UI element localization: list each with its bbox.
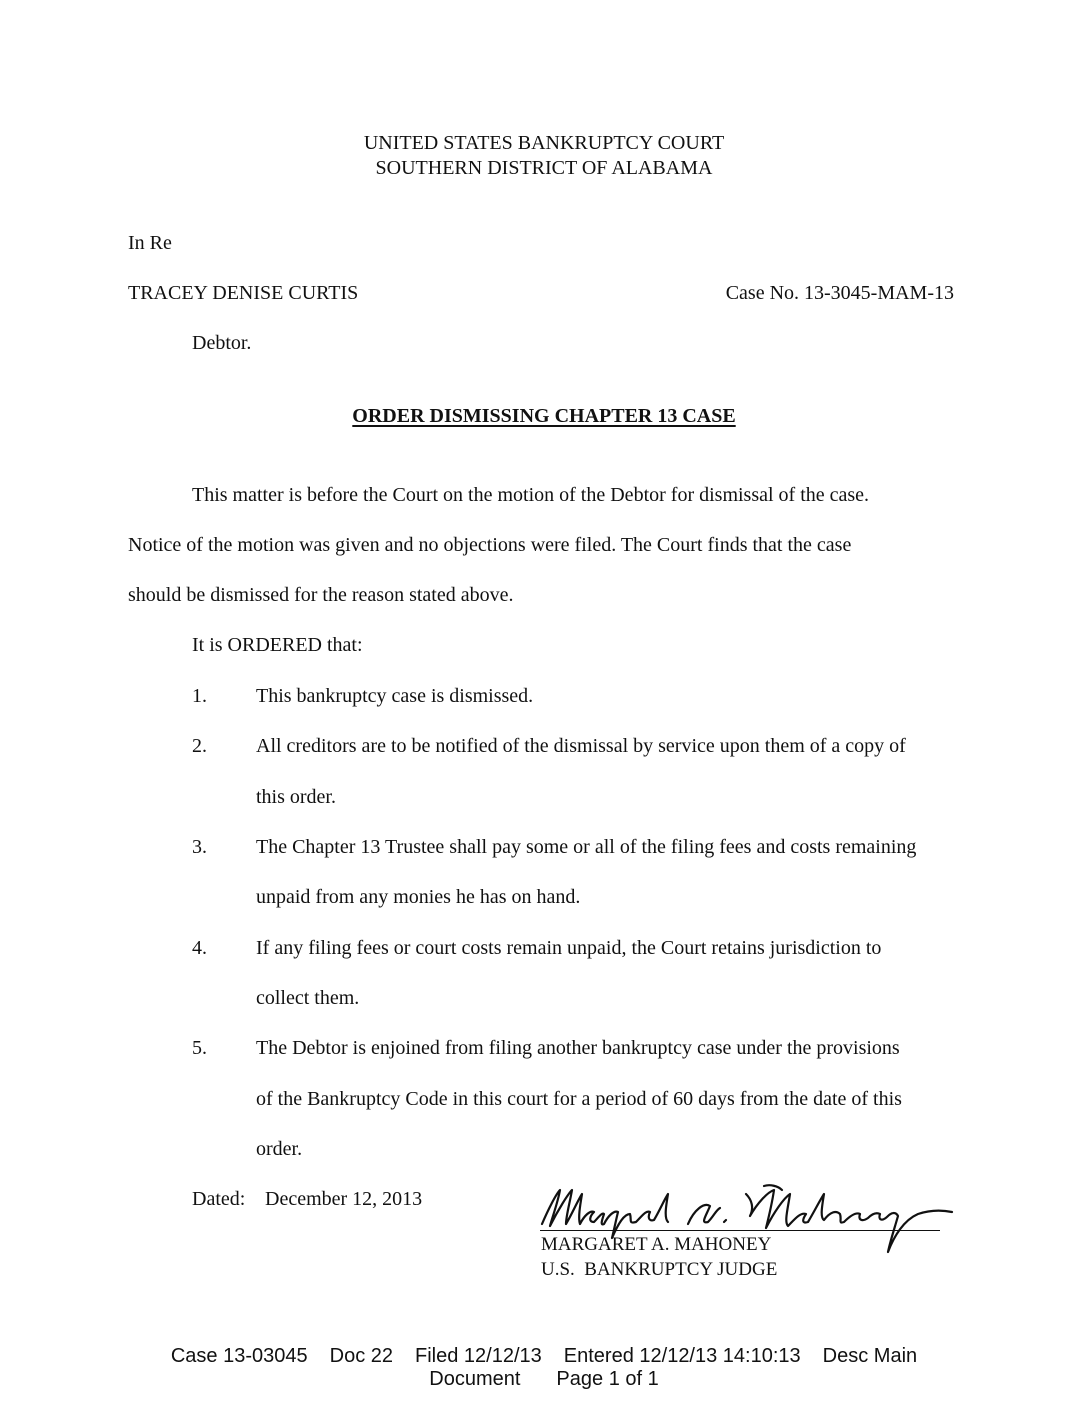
footer-document: Document [429, 1368, 520, 1390]
court-district: SOUTHERN DISTRICT OF ALABAMA [0, 156, 1088, 181]
court-name: UNITED STATES BANKRUPTCY COURT [0, 131, 1088, 156]
item-number: 3. [192, 836, 207, 859]
ordered-intro: It is ORDERED that: [192, 634, 363, 657]
footer-filed: Filed 12/12/13 [415, 1345, 542, 1367]
item-text: order. [256, 1138, 302, 1161]
judge-title: U.S. BANKRUPTCY JUDGE [541, 1259, 777, 1281]
footer-line-2: DocumentPage 1 of 1 [0, 1368, 1088, 1391]
dated-label: Dated: [192, 1188, 245, 1211]
order-title: ORDER DISMISSING CHAPTER 13 CASE [0, 405, 1088, 428]
item-text: All creditors are to be notified of the … [256, 735, 906, 758]
item-text: This bankruptcy case is dismissed. [256, 685, 533, 708]
debtor-label: Debtor. [192, 332, 251, 355]
case-number: Case No. 13-3045-MAM-13 [726, 282, 954, 305]
footer-entered: Entered 12/12/13 14:10:13 [564, 1345, 801, 1367]
item-number: 1. [192, 685, 207, 708]
dated-value: December 12, 2013 [265, 1188, 422, 1211]
footer-case: Case 13-03045 [171, 1345, 308, 1367]
item-number: 2. [192, 735, 207, 758]
item-text: If any filing fees or court costs remain… [256, 937, 881, 960]
footer-page: Page 1 of 1 [556, 1368, 658, 1390]
item-number: 4. [192, 937, 207, 960]
item-text: this order. [256, 786, 336, 809]
body-paragraph-line: This matter is before the Court on the m… [192, 484, 869, 507]
footer-line-1: Case 13-03045Doc 22Filed 12/12/13Entered… [0, 1345, 1088, 1368]
item-text: unpaid from any monies he has on hand. [256, 886, 580, 909]
footer-doc: Doc 22 [330, 1345, 393, 1367]
footer-desc: Desc Main [823, 1345, 917, 1367]
item-number: 5. [192, 1037, 207, 1060]
body-paragraph-line: should be dismissed for the reason state… [128, 584, 513, 607]
in-re-label: In Re [128, 232, 172, 255]
signature-line [540, 1230, 940, 1231]
debtor-name: TRACEY DENISE CURTIS [128, 282, 358, 305]
item-text: of the Bankruptcy Code in this court for… [256, 1088, 902, 1111]
body-paragraph-line: Notice of the motion was given and no ob… [128, 534, 851, 557]
item-text: The Debtor is enjoined from filing anoth… [256, 1037, 900, 1060]
item-text: The Chapter 13 Trustee shall pay some or… [256, 836, 916, 859]
item-text: collect them. [256, 987, 359, 1010]
judge-name: MARGARET A. MAHONEY [541, 1234, 771, 1256]
